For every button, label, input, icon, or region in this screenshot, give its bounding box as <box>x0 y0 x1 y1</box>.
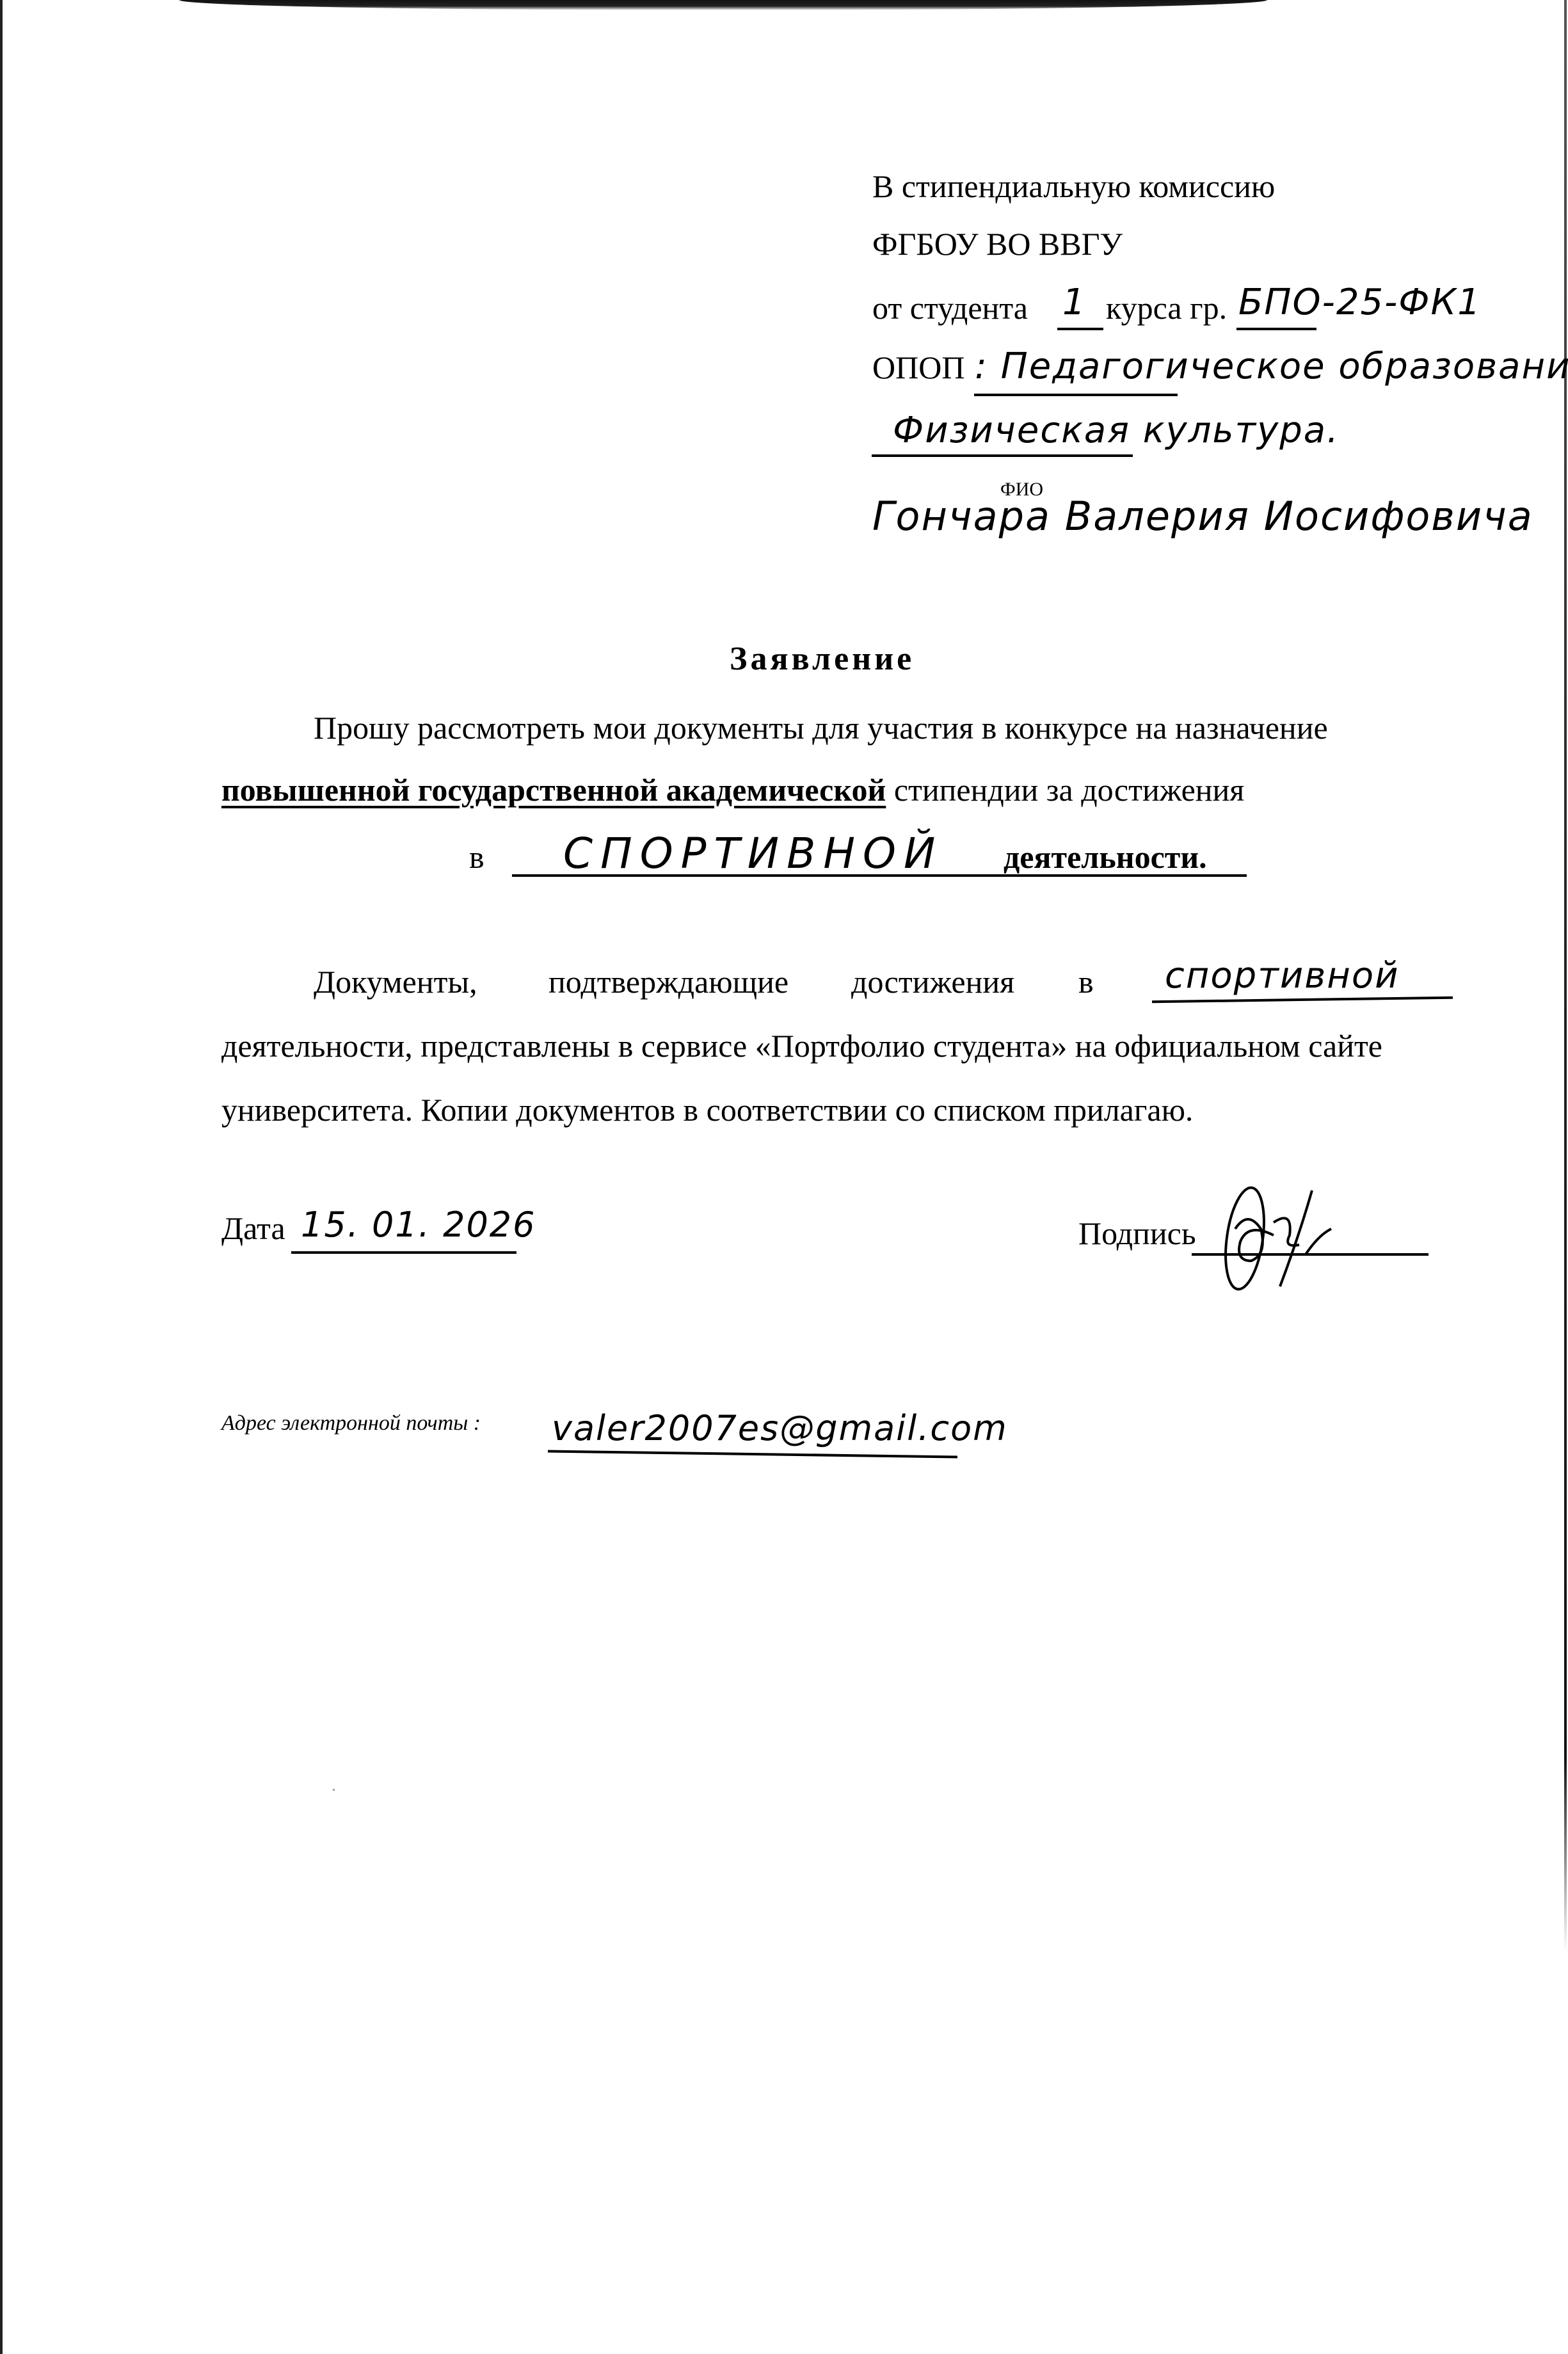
activity-field[interactable]: СПОРТИВНОЙ <box>563 829 943 878</box>
para2-activity-underline <box>1152 997 1453 1004</box>
program-underline-1 <box>974 394 1178 396</box>
fio-field[interactable]: Гончара Валерия Иосифовича <box>872 493 1533 540</box>
email-label: Адрес электронной почты : <box>221 1411 481 1436</box>
date-label: Дата <box>221 1210 285 1247</box>
addressee-line: В стипендиальную комиссию <box>872 168 1275 205</box>
program-label: ОПОП <box>872 349 964 386</box>
course-field[interactable]: 1 <box>1062 282 1087 323</box>
para1-prefix: в <box>469 838 484 876</box>
para2-line3: университета. Копии документов в соответ… <box>221 1091 1193 1128</box>
para2-line2: деятельности, представлены в сервисе «По… <box>221 1027 1382 1064</box>
para2-word2: подтверждающие <box>548 963 788 1000</box>
date-field[interactable]: 15. 01. 2026 <box>301 1205 536 1245</box>
date-underline <box>291 1251 516 1254</box>
para1-line2-rest: стипендии за достижения <box>894 772 1245 808</box>
scan-edge-top <box>179 0 1267 10</box>
para2-word3: достижения <box>851 963 1014 1000</box>
program-field-line2[interactable]: Физическая культура. <box>893 410 1340 451</box>
institution-line: ФГБОУ ВО ВВГУ <box>872 225 1123 262</box>
scan-speck <box>333 1789 335 1791</box>
para2-activity-field[interactable]: спортивной <box>1165 955 1400 997</box>
group-underline <box>1236 328 1316 330</box>
program-underline-2 <box>872 454 1133 457</box>
program-field-line1[interactable]: : Педагогическое образование. <box>975 346 1568 387</box>
para2-word4: в <box>1078 963 1094 1000</box>
para1-line1: Прошу рассмотреть мои документы для учас… <box>314 709 1328 746</box>
para1-bold-phrase: повышенной государственной академической <box>221 772 886 808</box>
email-field[interactable]: valer2007es@gmail.com <box>552 1408 1008 1448</box>
document-title: Заявление <box>730 640 915 678</box>
para2-word1: Документы, <box>314 963 477 1000</box>
email-underline <box>548 1450 957 1459</box>
course-group-label: курса гр. <box>1106 289 1227 326</box>
from-student-label: от студента <box>872 289 1028 326</box>
scan-edge-right <box>1564 0 1567 1952</box>
para1-suffix: деятельности. <box>1004 838 1207 876</box>
group-field[interactable]: БПО-25-ФК1 <box>1238 282 1482 323</box>
signature-label: Подпись <box>1078 1215 1196 1252</box>
course-underline <box>1057 328 1103 330</box>
scan-edge-left <box>0 0 3 2354</box>
signature-mark <box>1216 1184 1376 1299</box>
